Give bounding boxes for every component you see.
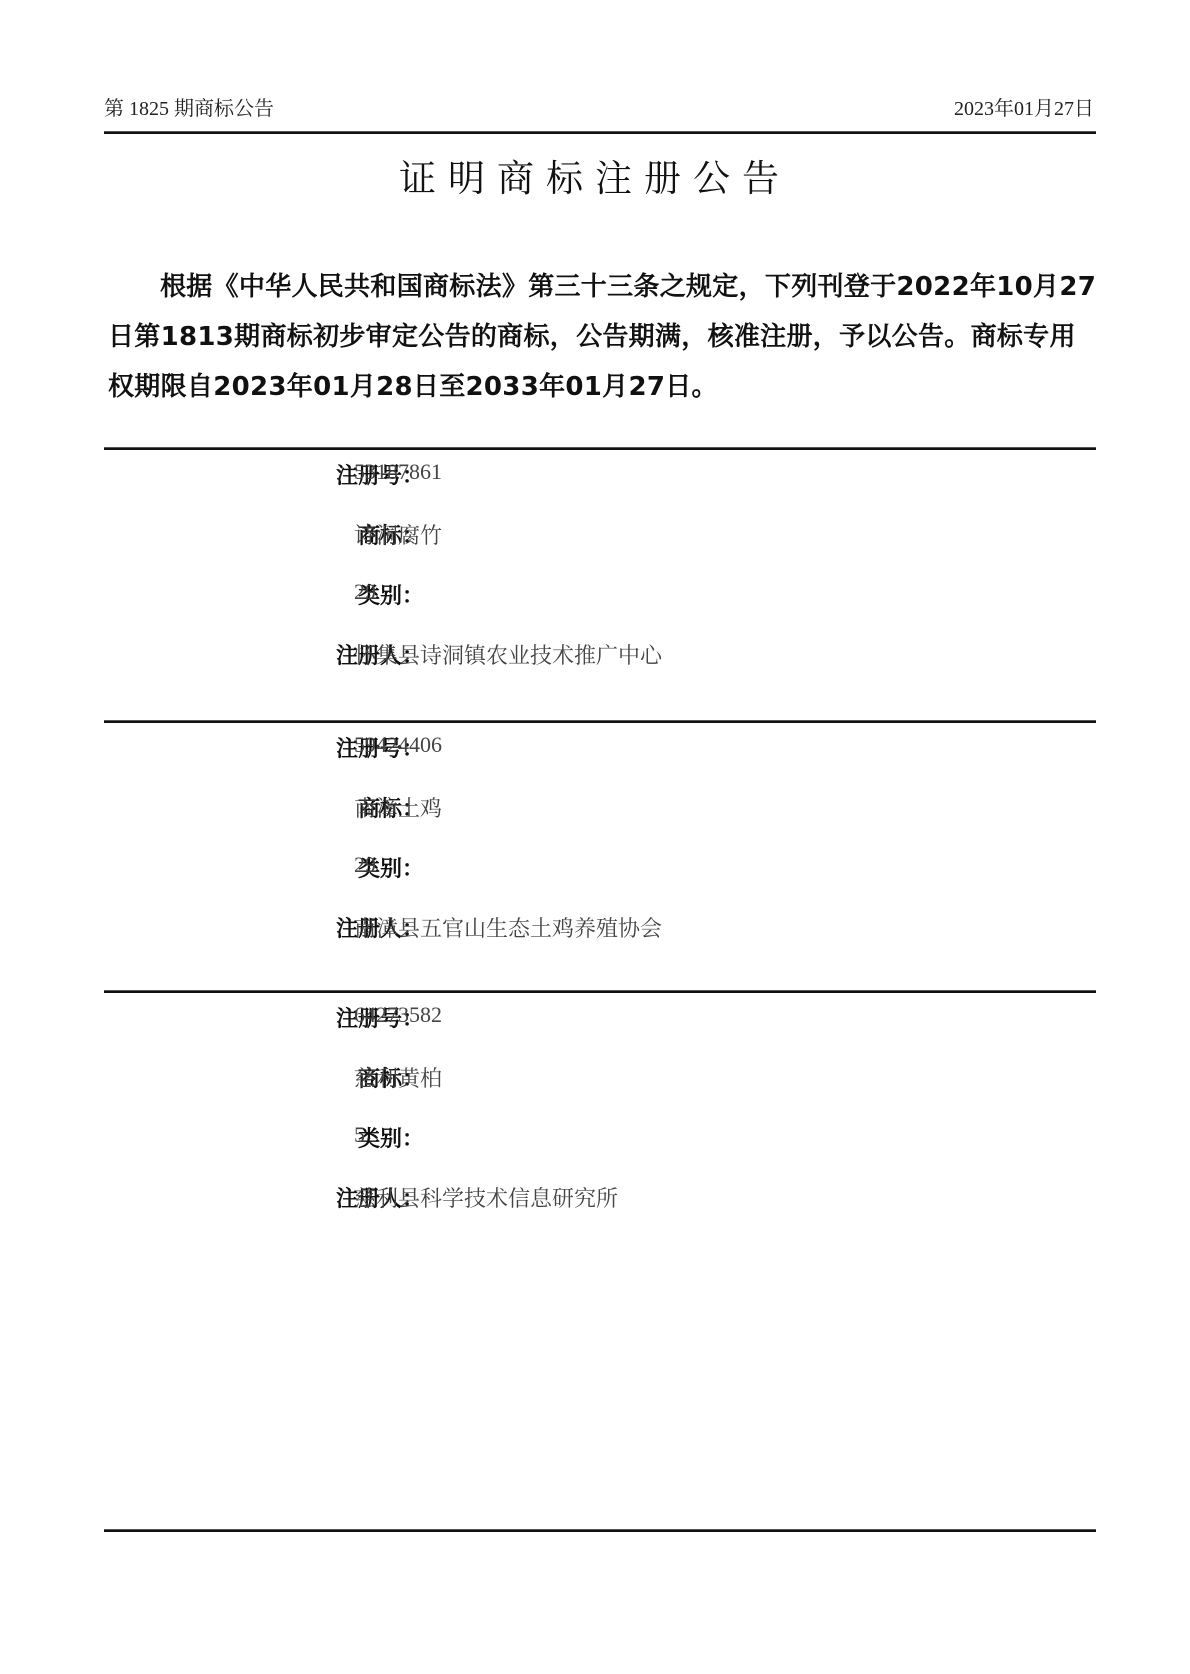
entry-separator [104, 990, 1096, 993]
class-row: 类别： 29 [104, 579, 1096, 613]
class-value: 29 [354, 579, 376, 605]
mark-row: 商标： 慈利黄柏 [104, 1062, 1096, 1096]
reg-no-value: 53187861 [354, 459, 442, 485]
reg-no-value: 64273582 [354, 1002, 442, 1028]
reg-no-row: 注册号： 64273582 [104, 1002, 1096, 1036]
reg-no-value: 59424406 [354, 732, 442, 758]
mark-row: 商标： 南漳土鸡 [104, 792, 1096, 826]
class-row: 类别： 5 [104, 1122, 1096, 1156]
entry-separator [104, 447, 1096, 450]
issue-date: 2023年01月27日 [954, 92, 1094, 121]
class-value: 5 [354, 1122, 365, 1148]
mark-value: 诗洞腐竹 [354, 519, 442, 550]
entry-separator [104, 720, 1096, 723]
issue-number: 第 1825 期商标公告 [104, 92, 274, 121]
class-row: 类别： 29 [104, 852, 1096, 886]
registrant-row: 注册人： 南漳县五官山生态土鸡养殖协会 [104, 912, 1096, 946]
class-value: 29 [354, 852, 376, 878]
mark-row: 商标： 诗洞腐竹 [104, 519, 1096, 553]
mark-value: 南漳土鸡 [354, 792, 442, 823]
reg-no-row: 注册号： 59424406 [104, 732, 1096, 766]
header-rule [104, 131, 1096, 134]
registrant-value: 南漳县五官山生态土鸡养殖协会 [354, 912, 662, 943]
registrant-value: 慈利县科学技术信息研究所 [354, 1182, 618, 1213]
registrant-row: 注册人： 慈利县科学技术信息研究所 [104, 1182, 1096, 1216]
intro-paragraph: 根据《中华人民共和国商标法》第三十三条之规定，下列刊登于2022年10月27日第… [108, 262, 1098, 412]
registrant-value: 怀集县诗洞镇农业技术推广中心 [354, 639, 662, 670]
registrant-row: 注册人： 怀集县诗洞镇农业技术推广中心 [104, 639, 1096, 673]
footer-rule [104, 1529, 1096, 1532]
mark-value: 慈利黄柏 [354, 1062, 442, 1093]
page-title: 证明商标注册公告 [0, 148, 1190, 202]
page-header: 第 1825 期商标公告 2023年01月27日 [104, 92, 1094, 124]
class-label: 类别： [358, 1122, 424, 1153]
reg-no-row: 注册号： 53187861 [104, 459, 1096, 493]
